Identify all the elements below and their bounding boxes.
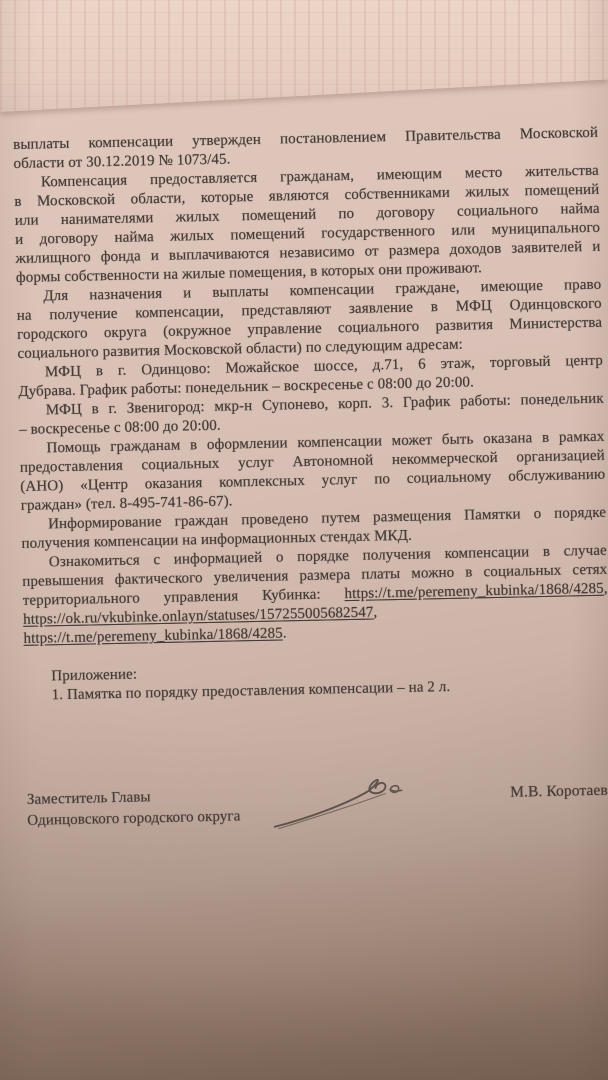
doc-lines: выплаты компенсации утвержден постановле… <box>13 124 608 706</box>
doc-text: области от 30.12.2019 № 1073/45. <box>13 151 230 172</box>
doc-text: граждан» (тел. 8-495-741-86-67). <box>21 493 233 513</box>
doc-text: Приложение: <box>51 667 137 685</box>
signer-name: М.В. Коротаев <box>510 781 608 802</box>
signature-position: Заместитель Главы Одинцовского городског… <box>27 785 263 831</box>
photo-frame: выплаты компенсации утвержден постановле… <box>0 0 608 1080</box>
doc-text: – воскресенье с 08:00 до 20:00. <box>19 418 221 438</box>
doc-text-block: выплаты компенсации утвержден постановле… <box>13 124 608 836</box>
background-surface <box>0 0 608 118</box>
handwritten-signature-icon <box>265 770 414 831</box>
background-texture <box>0 0 608 112</box>
doc-link: https://t.me/peremeny_kubinka/1868/4285 <box>23 625 283 646</box>
doc-link: https://t.me/peremeny_kubinka/1868/4285 <box>344 581 604 602</box>
signature-position-line: Одинцовского городского округа <box>27 805 262 830</box>
doc-text: , <box>604 581 608 597</box>
doc-text: . <box>283 625 287 641</box>
doc-text: , <box>373 604 377 620</box>
